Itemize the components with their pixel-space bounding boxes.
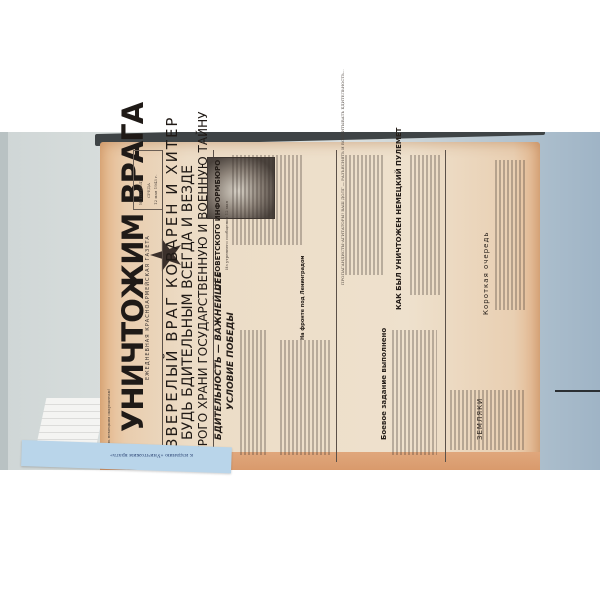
masthead-subtitle: ЕЖЕДНЕВНАЯ КРАСНОАРМЕЙСКАЯ ГАЗЕТА — [145, 235, 151, 380]
sovinformburo-title: ОТ СОВЕТСКОГО ИНФОРМБЮРО — [214, 160, 222, 290]
article-title-3: Короткая очередь — [482, 232, 490, 315]
table-seam — [555, 390, 600, 392]
article-title-2: КАК БЫЛ УНИЧТОЖЕН НЕМЕЦКИЙ ПУЛЕМЕТ — [395, 128, 403, 310]
article-text-3 — [495, 160, 525, 310]
issue-number: № 110 (284) — [138, 180, 143, 205]
article-text-2 — [410, 155, 440, 295]
column-text-2 — [280, 340, 330, 455]
issue-weekday: СРЕДА — [146, 183, 151, 198]
headline-line-2: БУДЬ БДИТЕЛЬНЫМ ВСЕГДА И ВЕЗДЕ — [180, 165, 196, 440]
headline-line-1: ОЗВЕРЕЛЫЙ ВРАГ КОВАРЕН И ХИТЕР — [163, 116, 181, 462]
quote-block — [345, 155, 385, 275]
editorial-title-2: УСЛОВИЕ ПОБЕДЫ — [226, 312, 236, 410]
photo-caption: На фронте под Ленинградом — [300, 255, 306, 340]
table-surface — [0, 132, 8, 470]
editorial-text — [240, 330, 266, 455]
column-rule — [336, 150, 337, 462]
sovinformburo-text — [232, 155, 302, 245]
editorial-title-1: БДИТЕЛЬНОСТЬ — ВАЖНЕЙШЕЕ — [214, 271, 224, 440]
column-rule-2 — [445, 150, 446, 462]
slip-note: к изданию «Уничтожим врага» — [110, 452, 193, 458]
article-text-1 — [392, 330, 437, 455]
sovinformburo-subtitle: Из утреннего сообщения 12 мая — [224, 201, 229, 270]
issue-date: 12 мая 1943 г. — [153, 175, 158, 205]
article-text-4 — [450, 390, 525, 450]
article-title-1: Боевое задание выполнено — [380, 328, 388, 440]
